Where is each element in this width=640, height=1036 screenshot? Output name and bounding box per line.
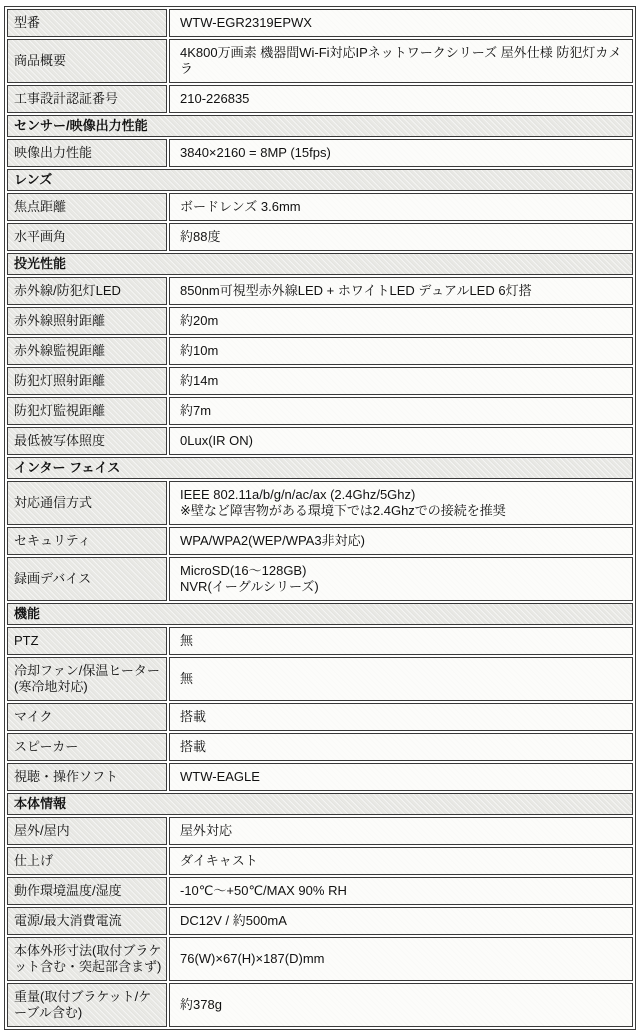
spec-value: 約20m: [169, 307, 633, 335]
spec-row: 赤外線監視距離約10m: [7, 337, 633, 365]
spec-row: 工事設計認証番号210-226835: [7, 85, 633, 113]
spec-label: 防犯灯照射距離: [7, 367, 167, 395]
spec-row: 赤外線照射距離約20m: [7, 307, 633, 335]
spec-label: 防犯灯監視距離: [7, 397, 167, 425]
spec-table: 型番WTW-EGR2319EPWX商品概要4K800万画素 機器間Wi-Fi対応…: [4, 6, 636, 1030]
spec-label: 動作環境温度/湿度: [7, 877, 167, 905]
spec-value: 850nm可視型赤外線LED + ホワイトLED デュアルLED 6灯搭: [169, 277, 633, 305]
spec-row: PTZ無: [7, 627, 633, 655]
section-header: 本体情報: [7, 793, 633, 815]
spec-row: 対応通信方式IEEE 802.11a/b/g/n/ac/ax (2.4Ghz/5…: [7, 481, 633, 525]
section-header: センサー/映像出力性能: [7, 115, 633, 137]
spec-value: WPA/WPA2(WEP/WPA3非対応): [169, 527, 633, 555]
spec-row: 水平画角約88度: [7, 223, 633, 251]
spec-label: 録画デバイス: [7, 557, 167, 601]
spec-label: 工事設計認証番号: [7, 85, 167, 113]
spec-value: ダイキャスト: [169, 847, 633, 875]
spec-label: 本体外形寸法(取付ブラケット含む・突起部含まず): [7, 937, 167, 981]
spec-label: 重量(取付ブラケット/ケーブル含む): [7, 983, 167, 1027]
spec-value: 搭載: [169, 703, 633, 731]
spec-label: 最低被写体照度: [7, 427, 167, 455]
section-header: レンズ: [7, 169, 633, 191]
section-row: センサー/映像出力性能: [7, 115, 633, 137]
spec-label: スピーカー: [7, 733, 167, 761]
section-row: 機能: [7, 603, 633, 625]
spec-value: WTW-EGR2319EPWX: [169, 9, 633, 37]
spec-value: DC12V / 約500mA: [169, 907, 633, 935]
spec-value: 無: [169, 627, 633, 655]
spec-row: マイク搭載: [7, 703, 633, 731]
spec-row: 防犯灯監視距離約7m: [7, 397, 633, 425]
section-row: 投光性能: [7, 253, 633, 275]
spec-label: 型番: [7, 9, 167, 37]
spec-row: 商品概要4K800万画素 機器間Wi-Fi対応IPネットワークシリーズ 屋外仕様…: [7, 39, 633, 83]
spec-value: 4K800万画素 機器間Wi-Fi対応IPネットワークシリーズ 屋外仕様 防犯灯…: [169, 39, 633, 83]
spec-label: 商品概要: [7, 39, 167, 83]
spec-value: 約14m: [169, 367, 633, 395]
spec-row: スピーカー搭載: [7, 733, 633, 761]
spec-row: 本体外形寸法(取付ブラケット含む・突起部含まず)76(W)×67(H)×187(…: [7, 937, 633, 981]
spec-value: IEEE 802.11a/b/g/n/ac/ax (2.4Ghz/5Ghz) ※…: [169, 481, 633, 525]
spec-label: PTZ: [7, 627, 167, 655]
spec-label: マイク: [7, 703, 167, 731]
spec-row: 冷却ファン/保温ヒーター(寒冷地対応)無: [7, 657, 633, 701]
spec-row: 動作環境温度/湿度-10℃〜+50℃/MAX 90% RH: [7, 877, 633, 905]
section-header: インター フェイス: [7, 457, 633, 479]
spec-row: 仕上げダイキャスト: [7, 847, 633, 875]
spec-row: 最低被写体照度0Lux(IR ON): [7, 427, 633, 455]
spec-value: 3840×2160 = 8MP (15fps): [169, 139, 633, 167]
section-header: 機能: [7, 603, 633, 625]
spec-row: 赤外線/防犯灯LED850nm可視型赤外線LED + ホワイトLED デュアルL…: [7, 277, 633, 305]
spec-label: 視聴・操作ソフト: [7, 763, 167, 791]
section-header: 投光性能: [7, 253, 633, 275]
spec-label: 赤外線照射距離: [7, 307, 167, 335]
spec-label: 赤外線/防犯灯LED: [7, 277, 167, 305]
spec-value: -10℃〜+50℃/MAX 90% RH: [169, 877, 633, 905]
spec-label: 屋外/屋内: [7, 817, 167, 845]
spec-label: 対応通信方式: [7, 481, 167, 525]
spec-label: セキュリティ: [7, 527, 167, 555]
spec-row: セキュリティWPA/WPA2(WEP/WPA3非対応): [7, 527, 633, 555]
spec-row: 焦点距離ボードレンズ 3.6mm: [7, 193, 633, 221]
spec-value: 約7m: [169, 397, 633, 425]
spec-value: MicroSD(16〜128GB) NVR(イーグルシリーズ): [169, 557, 633, 601]
spec-row: 録画デバイスMicroSD(16〜128GB) NVR(イーグルシリーズ): [7, 557, 633, 601]
spec-label: 焦点距離: [7, 193, 167, 221]
spec-row: 電源/最大消費電流DC12V / 約500mA: [7, 907, 633, 935]
spec-value: WTW-EAGLE: [169, 763, 633, 791]
spec-label: 赤外線監視距離: [7, 337, 167, 365]
spec-value: 屋外対応: [169, 817, 633, 845]
spec-value: 76(W)×67(H)×187(D)mm: [169, 937, 633, 981]
spec-row: 型番WTW-EGR2319EPWX: [7, 9, 633, 37]
spec-row: 重量(取付ブラケット/ケーブル含む)約378g: [7, 983, 633, 1027]
spec-label: 冷却ファン/保温ヒーター(寒冷地対応): [7, 657, 167, 701]
spec-value: 0Lux(IR ON): [169, 427, 633, 455]
spec-value: 約378g: [169, 983, 633, 1027]
spec-label: 映像出力性能: [7, 139, 167, 167]
spec-row: 防犯灯照射距離約14m: [7, 367, 633, 395]
spec-label: 水平画角: [7, 223, 167, 251]
spec-row: 映像出力性能3840×2160 = 8MP (15fps): [7, 139, 633, 167]
spec-value: 約10m: [169, 337, 633, 365]
spec-value: 搭載: [169, 733, 633, 761]
section-row: 本体情報: [7, 793, 633, 815]
spec-value: 210-226835: [169, 85, 633, 113]
spec-label: 仕上げ: [7, 847, 167, 875]
spec-value: 約88度: [169, 223, 633, 251]
spec-value: 無: [169, 657, 633, 701]
section-row: インター フェイス: [7, 457, 633, 479]
spec-row: 視聴・操作ソフトWTW-EAGLE: [7, 763, 633, 791]
section-row: レンズ: [7, 169, 633, 191]
spec-value: ボードレンズ 3.6mm: [169, 193, 633, 221]
spec-table-body: 型番WTW-EGR2319EPWX商品概要4K800万画素 機器間Wi-Fi対応…: [7, 9, 633, 1027]
spec-page: 型番WTW-EGR2319EPWX商品概要4K800万画素 機器間Wi-Fi対応…: [0, 0, 640, 1036]
spec-row: 屋外/屋内屋外対応: [7, 817, 633, 845]
spec-label: 電源/最大消費電流: [7, 907, 167, 935]
